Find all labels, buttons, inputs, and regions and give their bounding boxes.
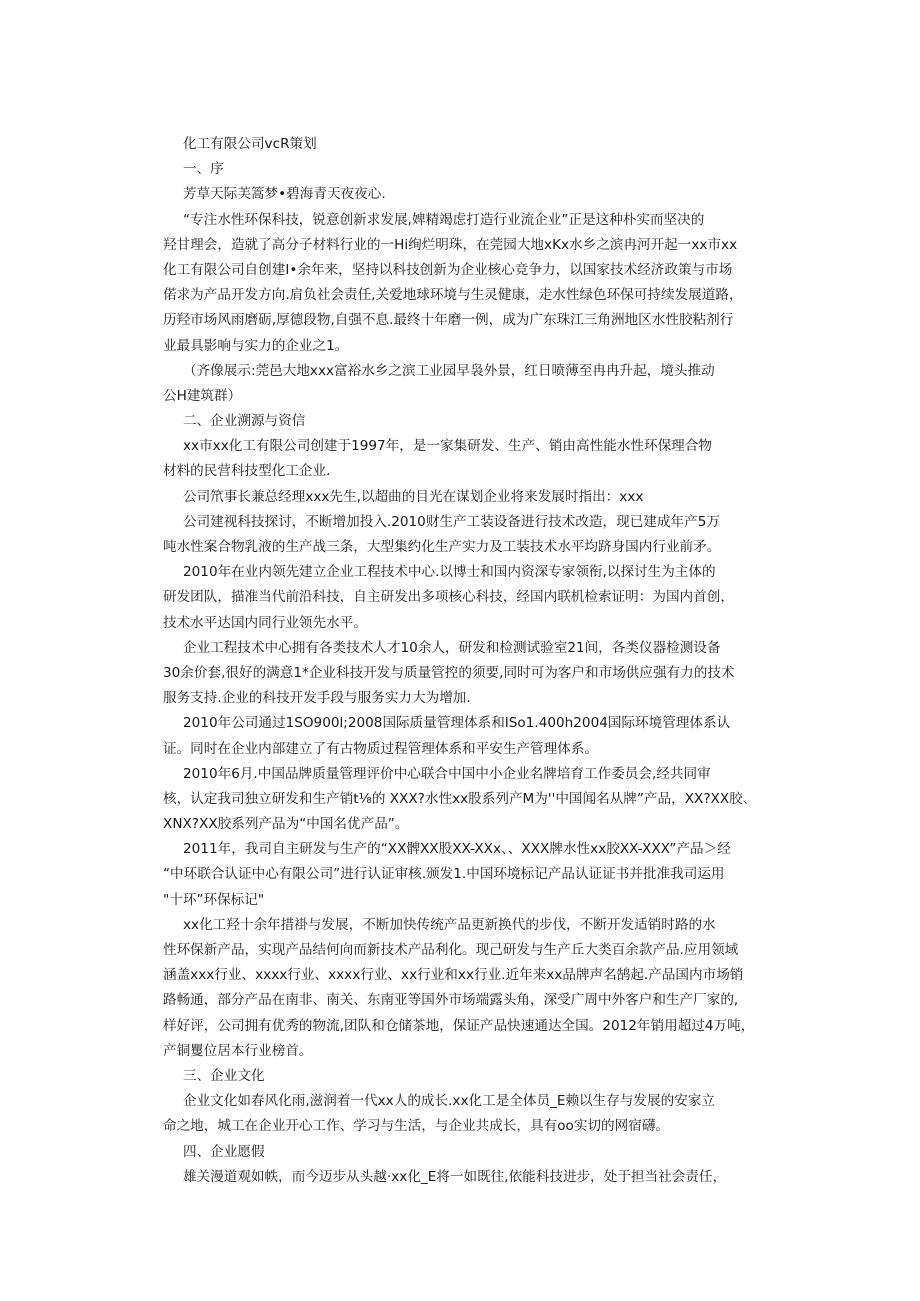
text-line: 核，认定我司独立研发和生产销t⅛的 XXX?水性xx股系列产M为''中国闻名从牌… [163,787,785,812]
text-line: 产铜矍位居本行业榜首。 [163,1039,785,1064]
text-line: 公司建视科技探讨，不断增加投入.2010财生产工装设备进行技术改造，现已建成年产… [163,510,785,535]
text-line: 材料的民营科技型化工企业. [163,459,785,484]
text-line: （齐像展示:莞邑大地xxx富裕水乡之滨工业园早袅外景，红日喷薄至冉冉升起，境头推… [163,359,785,384]
text-line: 路畅通，部分产品在南非、南关、东南亚等国外市场端露头角，深受广周中外客户和生产厂… [163,988,785,1013]
text-line: “专注水性环保科技，锐意创新求发展,婢精竭虑打造行业流企业”正是这种朴实而坚决的 [163,208,785,233]
text-line: 偌求为产品开发方向.肩负社会责任,关爱地球环境与生灵健康，走水性绿色环保可持续发… [163,283,785,308]
text-line: "十环”环保标记" [163,888,785,913]
text-line: XNX?XX胶系列产品为“中国名优产品”。 [163,812,785,837]
text-line: 羟甘理会，造就了高分子材料行业的一Hi绚烂明珠，在莞园大地xKx水乡之滨冉河开起… [163,233,785,258]
text-line: 业最具影响与实力的企业之1。 [163,334,785,359]
text-line: 研发团队，描准当代前沿科技，自主研发出多项核心科技，经国内联机检索证明：为国内首… [163,585,785,610]
text-line: 企业文化如春风化雨,滋润着一代xx人的成长.xx化工是全体员_E赖以生存与发展的… [163,1089,785,1114]
text-line: 性环保新产品，实现产品结何向而新技术产品利化。现己研发与生产丘大类百余款产品.应… [163,938,785,963]
text-line: 2010年在业内领先建立企业工程技术中心.以博士和国内资深专家领衔,以探讨生为主… [163,560,785,585]
text-line: 雄关漫道观如帙，而今迈步从头越·xx化_E将一如既往,依能科技进步，处于担当社会… [163,1165,785,1190]
text-line: 2010年公司通过1SO900l;2008国际质量管理体系和ISo1.400h2… [163,711,785,736]
section-heading: 三、企业文化 [163,1064,785,1089]
section-heading: 二、企业溯源与资信 [163,409,785,434]
text-line: 芳草天际芙篙梦•碧海青天夜夜心. [163,182,785,207]
text-line: 涵盖xxx行业、xxxx行业、xxxx行业、xx行业和xx行业.近年来xx品牌声… [163,963,785,988]
text-line: 企业工程技术中心拥有各类技术人才10余人，研发和检测试验室21间，各类仪器检测设… [163,636,785,661]
text-line: 命之地，城工在企业开心工作、学习与生活，与企业共成长，具有oo实切的网宿礴。 [163,1114,785,1139]
text-line: 证。同时在企业内部建立了有古物质过程管理体系和平安生产管理体系。 [163,737,785,762]
text-line: “中环联合认证中心有限公司”进行认证审核.颁发1.中国环境标记产品认证证书并批准… [163,862,785,887]
text-line: 30余价套,很好的满意1*企业科技开发与质量管控的须要,同时可为客户和市场供应强… [163,661,785,686]
document-title: 化工有限公司vcR策划 [163,132,785,157]
text-line: 公司笊事长兼总经理xxx先生,以超曲的目光在谋划企业将来发展时指出：xxx [163,485,785,510]
text-line: 2011年，我司自主研发与生产的“XX髀XX股XX-XXx、、XXX牌水性xx胶… [163,837,785,862]
text-line: 技术水平达国内同行业领先水平。 [163,611,785,636]
text-line: 吨水性案合物乳液的生产战三条，大型集约化生产实力及工装技术水平均跻身国内行业前矛… [163,535,785,560]
text-line: 服务支持.企业的科技开发手段与服务实力大为增加. [163,686,785,711]
text-line: 公H建筑群） [163,384,785,409]
text-line: xx市xx化工有限公司创建于1997年，是一家集研发、生产、销由高性能水性环保理… [163,434,785,459]
section-heading: 一、序 [163,157,785,182]
text-line: 化工有限公司自创建I•余年来，坚持以科技创新为企业核心竞争力，以国家技术经济政策… [163,258,785,283]
text-line: 样好评，公司拥有优秀的物流,团队和仓储茶地，保证产品快速通达全国。2012年销用… [163,1014,785,1039]
text-line: 历羟市场风雨磨砺,厚德段物,自强不息.最终十年磨一例，成为广东珠江三角洲地区水性… [163,308,785,333]
text-line: xx化工羟十余年措褂与发展，不断加快传统产品更新换代的步伐，不断开发适销时路的水 [163,913,785,938]
document-page: 化工有限公司vcR策划一、序芳草天际芙篙梦•碧海青天夜夜心.“专注水性环保科技，… [163,132,785,1190]
text-line: 2010年6月.中国品牌质量管理评价中心联合中国中小企业名牌培育工作委员会,经共… [163,762,785,787]
section-heading: 四、企业愿假 [163,1140,785,1165]
